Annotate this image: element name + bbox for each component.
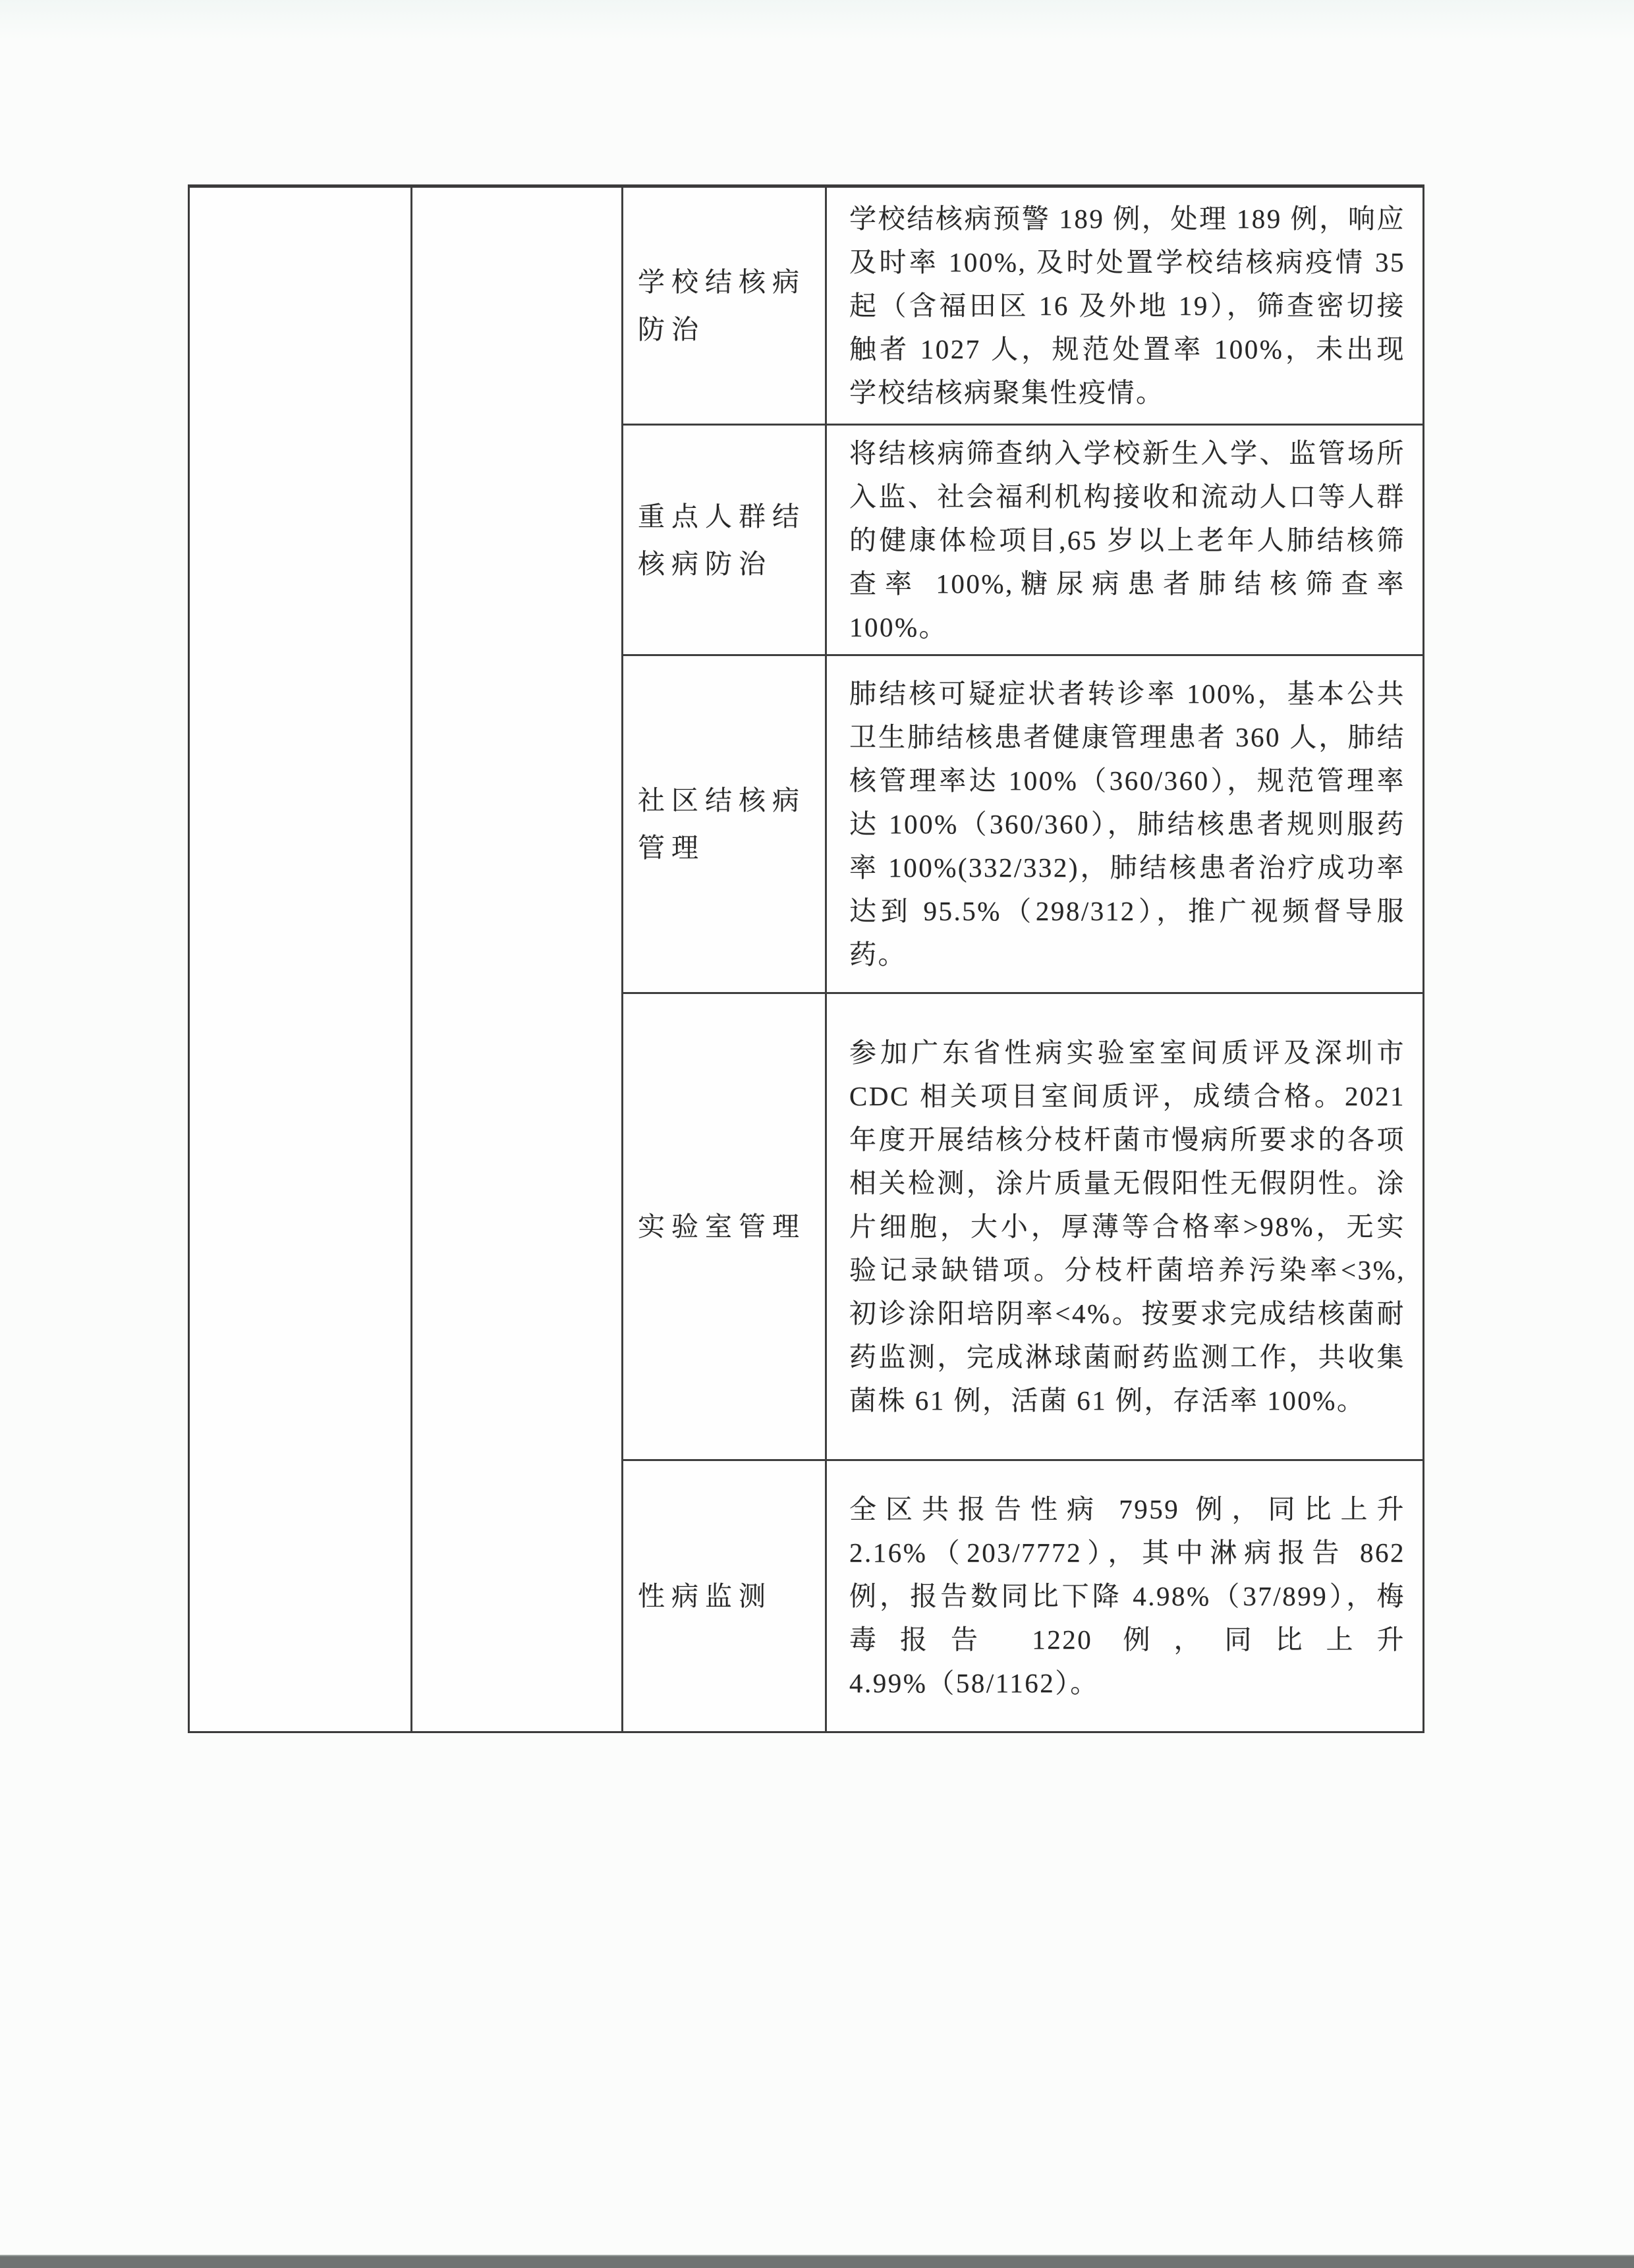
row-label: 学校结核病防治	[638, 258, 814, 353]
row-2-label-cell: 重点人群结核病防治	[623, 426, 827, 656]
row-2-content-cell: 将结核病筛查纳入学校新生入学、监管场所入监、社会福利机构接收和流动人口等人群的健…	[827, 426, 1423, 656]
row-4-label-cell: 实验室管理	[623, 994, 827, 1461]
row-content: 参加广东省性病实验室室间质评及深圳市 CDC 相关项目室间质评，成绩合格。202…	[849, 1031, 1405, 1422]
row-1-content-cell: 学校结核病预警 189 例，处理 189 例，响应及时率 100%, 及时处置学…	[827, 188, 1423, 426]
merged-empty-cell-col1	[190, 188, 412, 1731]
row-content: 将结核病筛查纳入学校新生入学、监管场所入监、社会福利机构接收和流动人口等人群的健…	[849, 431, 1405, 649]
row-5-content-cell: 全区共报告性病 7959 例，同比上升 2.16%（203/7772），其中淋病…	[827, 1461, 1423, 1731]
row-content: 肺结核可疑症状者转诊率 100%，基本公共卫生肺结核患者健康管理患者 360 人…	[849, 672, 1405, 976]
scanned-document-page: 学校结核病防治 学校结核病预警 189 例，处理 189 例，响应及时率 100…	[0, 0, 1634, 2268]
row-label: 实验室管理	[638, 1203, 806, 1250]
scanner-edge-strip	[0, 2255, 1634, 2268]
row-label: 性病监测	[638, 1572, 772, 1620]
merged-empty-cell-col2	[412, 188, 623, 1731]
row-5-label-cell: 性病监测	[623, 1461, 827, 1731]
row-label: 社区结核病管理	[638, 777, 814, 871]
row-1-label-cell: 学校结核病防治	[623, 188, 827, 426]
row-content: 全区共报告性病 7959 例，同比上升 2.16%（203/7772），其中淋病…	[849, 1487, 1405, 1705]
row-4-content-cell: 参加广东省性病实验室室间质评及深圳市 CDC 相关项目室间质评，成绩合格。202…	[827, 994, 1423, 1461]
row-content: 学校结核病预警 189 例，处理 189 例，响应及时率 100%, 及时处置学…	[849, 197, 1405, 414]
assessment-table: 学校结核病防治 学校结核病预警 189 例，处理 189 例，响应及时率 100…	[188, 184, 1424, 1733]
row-label: 重点人群结核病防治	[638, 493, 814, 588]
row-3-label-cell: 社区结核病管理	[623, 656, 827, 994]
row-3-content-cell: 肺结核可疑症状者转诊率 100%，基本公共卫生肺结核患者健康管理患者 360 人…	[827, 656, 1423, 994]
